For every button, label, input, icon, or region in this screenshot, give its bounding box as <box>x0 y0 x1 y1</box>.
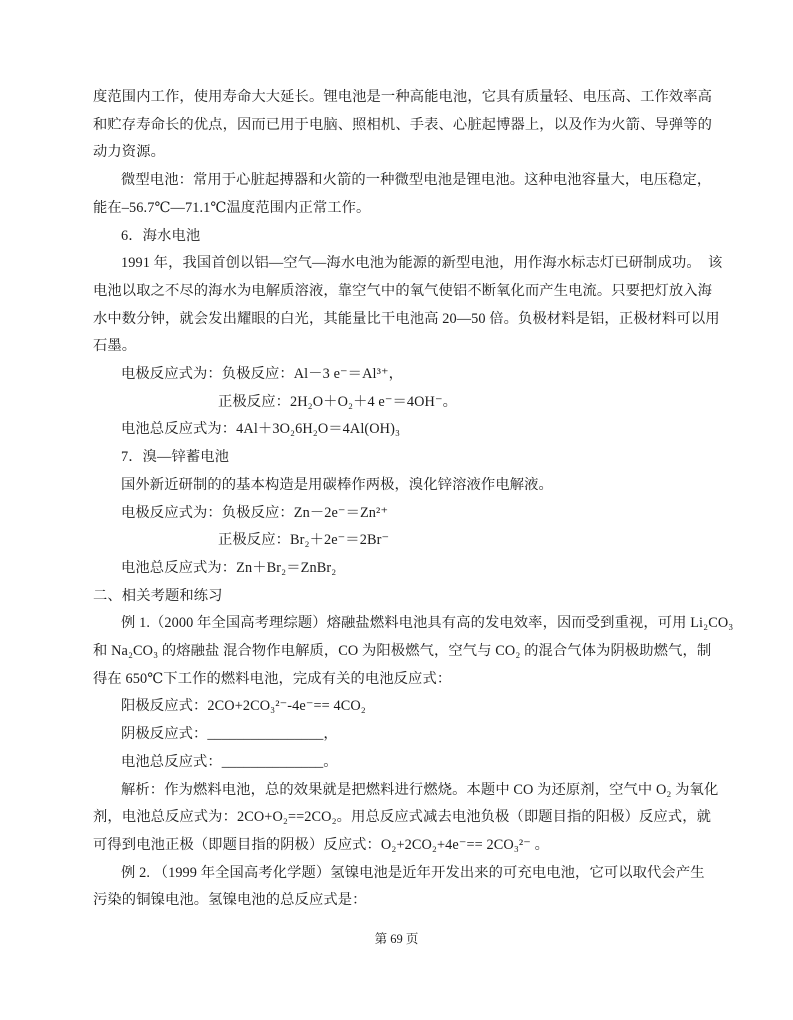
text-line: 国外新近研制的的基本构造是用碳棒作两极，溴化锌溶液作电解液。 <box>93 472 718 500</box>
text-line: 6．海水电池 <box>93 223 718 251</box>
text-line: 电极反应式为：负极反应：Al－3 e⁻＝Al³⁺， <box>93 361 718 389</box>
document-content: 度范围内工作，使用寿命大大延长。锂电池是一种高能电池，它具有质量轻、电压高、工作… <box>93 84 718 915</box>
text-line: 污染的铜镍电池。氢镍电池的总反应式是： <box>93 887 718 915</box>
text-line: 动力资源。 <box>93 139 718 167</box>
text-line: 阳极反应式：2CO+2CO₃²⁻-4e⁻== 4CO₂ <box>93 693 718 721</box>
text-line: 可得到电池正极（即题目指的阴极）反应式：O₂+2CO₂+4e⁻== 2CO₃²⁻… <box>93 832 718 860</box>
page-number-footer: 第 69 页 <box>0 930 793 948</box>
text-line: 正极反应：Br₂＋2e⁻＝2Br⁻ <box>93 527 718 555</box>
text-line: 度范围内工作，使用寿命大大延长。锂电池是一种高能电池，它具有质量轻、电压高、工作… <box>93 84 718 112</box>
document-page: 度范围内工作，使用寿命大大延长。锂电池是一种高能电池，它具有质量轻、电压高、工作… <box>0 0 793 1020</box>
text-line: 7．溴—锌蓄电池 <box>93 444 718 472</box>
text-line: 得在 650℃下工作的燃料电池，完成有关的电池反应式： <box>93 666 718 694</box>
text-line: 解析：作为燃料电池，总的效果就是把燃料进行燃烧。本题中 CO 为还原剂，空气中 … <box>93 777 718 805</box>
text-line: 水中数分钟，就会发出耀眼的白光，其能量比干电池高 20—50 倍。负极材料是铝，… <box>93 306 718 334</box>
text-line: 和贮存寿命长的优点，因而已用于电脑、照相机、手表、心脏起博器上，以及作为火箭、导… <box>93 112 718 140</box>
text-line: 电池总反应式：______________。 <box>93 749 718 777</box>
text-line: 电极反应式为：负极反应：Zn－2e⁻＝Zn²⁺ <box>93 500 718 528</box>
text-line: 电池总反应式为：Zn＋Br₂＝ZnBr₂ <box>93 555 718 583</box>
text-line: 电池总反应式为：4Al＋3O₂6H₂O＝4Al(OH)₃ <box>93 416 718 444</box>
text-line: 电池以取之不尽的海水为电解质溶液，靠空气中的氧气使铝不断氧化而产生电流。只要把灯… <box>93 278 718 306</box>
text-line: 例 2. （1999 年全国高考化学题）氢镍电池是近年开发出来的可充电电池，它可… <box>93 860 718 888</box>
text-line: 二、相关考题和练习 <box>93 583 718 611</box>
text-line: 微型电池：常用于心脏起搏器和火箭的一种微型电池是锂电池。这种电池容量大，电压稳定… <box>93 167 718 195</box>
text-line: 能在–56.7℃—71.1℃温度范围内正常工作。 <box>93 195 718 223</box>
text-line: 石墨。 <box>93 333 718 361</box>
text-line: 1991 年，我国首创以铝—空气—海水电池为能源的新型电池，用作海水标志灯已研制… <box>93 250 718 278</box>
text-line: 例 1.（2000 年全国高考理综题）熔融盐燃料电池具有高的发电效率，因而受到重… <box>93 610 718 638</box>
text-line: 正极反应：2H₂O＋O₂＋4 e⁻＝4OH⁻。 <box>93 389 718 417</box>
text-line: 和 Na₂CO₃ 的熔融盐 混合物作电解质，CO 为阳极燃气，空气与 CO₂ 的… <box>93 638 718 666</box>
text-line: 阴极反应式：________________， <box>93 721 718 749</box>
text-line: 剂，电池总反应式为：2CO+O₂==2CO₂。用总反应式减去电池负极（即题目指的… <box>93 804 718 832</box>
